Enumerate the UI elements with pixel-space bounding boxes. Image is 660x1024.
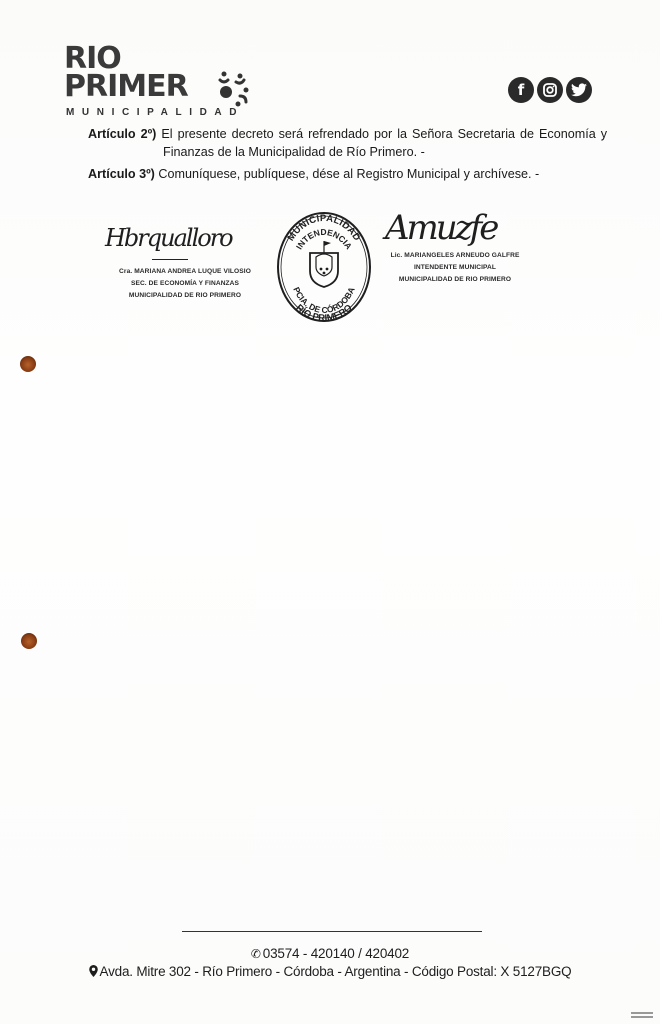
signature-1-caption: Cra. MARIANA ANDREA LUQUE VILOSIO SEC. D… <box>100 266 270 302</box>
signature-economy-secretary: Hbrqualloro <box>105 224 232 252</box>
signature-mayor: Amuzfe <box>385 208 496 248</box>
signature-2-caption: Lic. MARIANGELES ARNEUDO GALFRE INTENDEN… <box>385 250 525 286</box>
logo-subtitle: MUNICIPALIDAD <box>66 107 244 118</box>
punch-hole <box>21 633 37 649</box>
twitter-icon <box>566 77 592 103</box>
social-icons: f <box>508 77 592 103</box>
facebook-icon: f <box>508 77 534 103</box>
signer-title: SEC. DE ECONOMÍA Y FINANZAS <box>100 278 270 290</box>
scanner-watermark <box>631 1012 653 1020</box>
punch-hole <box>20 356 36 372</box>
article-3-label: Artículo 3º) <box>88 167 155 181</box>
article-2-continuation: Finanzas de la Municipalidad de Río Prim… <box>163 145 425 159</box>
document-page: RIO PRIMER MUNICIPALIDAD f Artículo 2º) … <box>0 0 660 1024</box>
footer-phone: ✆03574 - 420140 / 420402 <box>0 946 660 961</box>
municipality-logo: RIO PRIMER MUNICIPALIDAD <box>64 44 264 124</box>
article-3: Artículo 3º) Comuníquese, publíquese, dé… <box>88 167 539 181</box>
sun-figures-icon <box>210 68 256 110</box>
signer-title: INTENDENTE MUNICIPAL <box>385 262 525 274</box>
logo-line2: PRIMER <box>64 72 188 102</box>
map-pin-icon <box>89 965 98 977</box>
footer-address: Avda. Mitre 302 - Río Primero - Córdoba … <box>0 964 660 979</box>
article-3-text: Comuníquese, publíquese, dése al Registr… <box>158 167 539 181</box>
article-2: Artículo 2º) El presente decreto será re… <box>88 127 607 141</box>
address-text: Avda. Mitre 302 - Río Primero - Córdoba … <box>100 964 572 979</box>
municipal-seal: MUNICIPALIDAD INTENDENCIA PCIA. DE CÓRDO… <box>276 211 372 323</box>
signer-name: Cra. MARIANA ANDREA LUQUE VILOSIO <box>100 266 270 278</box>
signer-organization: MUNICIPALIDAD DE RIO PRIMERO <box>385 274 525 286</box>
phone-icon: ✆ <box>251 947 261 961</box>
article-2-text: El presente decreto será refrendado por … <box>161 127 607 141</box>
article-2-label: Artículo 2º) <box>88 127 156 141</box>
footer-divider <box>182 931 482 932</box>
phone-number: 03574 - 420140 / 420402 <box>263 946 409 961</box>
signer-organization: MUNICIPALIDAD DE RIO PRIMERO <box>100 290 270 302</box>
signer-name: Lic. MARIANGELES ARNEUDO GALFRE <box>385 250 525 262</box>
signature-underline <box>152 259 188 260</box>
instagram-icon <box>537 77 563 103</box>
